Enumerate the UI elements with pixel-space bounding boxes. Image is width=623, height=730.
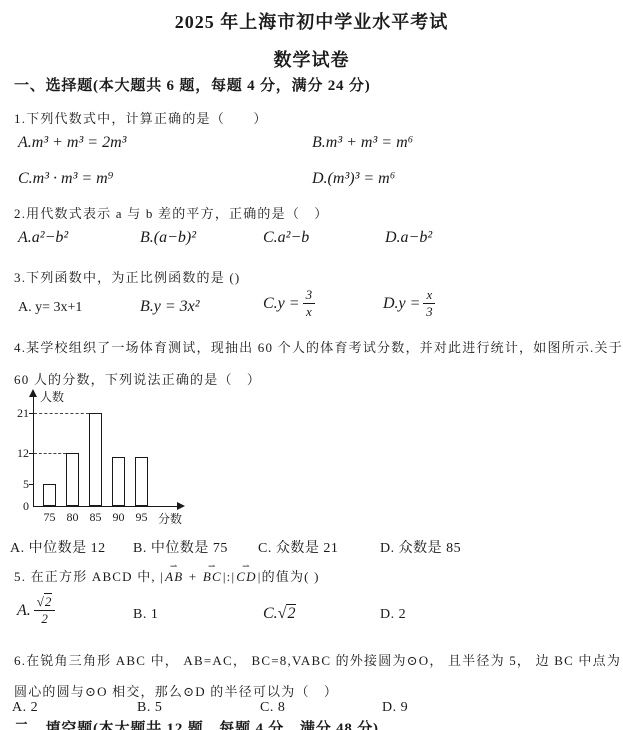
bar-chart: 人数 分数 7580859095051221 [8,391,208,531]
q5-option-b: B. 1 [133,607,158,623]
q2-option-c: C.a²−b [263,229,309,247]
vector-AB: AB [164,569,184,585]
q3-stem: 3.下列函数中，为正比例函数的是 () [14,267,240,286]
bar-90 [112,457,125,506]
q1-option-c: C.m³ · m³ = m⁹ [18,170,113,188]
exam-paper-page: 2025 年上海市初中学业水平考试 数学试卷 一、选择题(本大题共 6 题，每题… [0,0,623,730]
q1-stem: 1.下列代数式中，计算正确的是（ ） [14,108,268,127]
bar-75 [43,484,56,506]
q6-option-d: D. 9 [382,700,408,716]
y-tick-mark-12 [29,453,33,454]
q5-stem-post: |的值为( ) [258,569,320,584]
sqrt-expression: √2 [278,604,297,622]
q6-option-c: C. 8 [260,700,285,716]
fraction: √2 2 [34,595,56,627]
fraction-numerator: x [423,288,435,304]
q3-option-d: D.y = x 3 [383,288,435,320]
section-choice-heading: 一、选择题(本大题共 6 题，每题 4 分，满分 24 分) [14,74,371,95]
fraction-denominator: 2 [41,611,48,626]
q6-option-b: B. 5 [137,700,162,716]
y-tick-label-12: 12 [8,446,29,461]
section-fill-heading: 二、填空题(本大题共 12 题，每题 4 分，满分 48 分) [14,717,379,730]
radical-sign: √ [37,594,44,609]
y-tick-label-5: 5 [8,477,29,492]
q2-stem: 2.用代数式表示 a 与 b 差的平方，正确的是（ ） [14,203,328,222]
y-tick-mark-21 [29,413,33,414]
q4-option-d: D. 众数是 85 [380,537,461,557]
x-axis-arrow-icon [177,502,185,510]
q5-option-a-label: A. [17,602,31,620]
q2-option-d: D.a−b² [385,229,432,247]
q4-stem-line2: 60 人的分数，下列说法正确的是（ ） [14,369,261,388]
dashed-gridline-21 [34,413,89,414]
x-tick-label-75: 75 [39,510,60,525]
q3-option-c: C.y = 3 x [263,288,315,320]
radicand: 2 [44,593,53,609]
q4-option-b: B. 中位数是 75 [133,537,228,557]
sqrt-expression: √2 [37,593,53,609]
dashed-gridline-12 [34,453,66,454]
q5-option-c-label: C. [263,605,278,622]
x-tick-label-90: 90 [108,510,129,525]
y-axis-arrow-icon [29,389,37,397]
fraction-denominator: 3 [426,304,433,319]
fraction-numerator: √2 [34,595,56,611]
fraction-numerator: 3 [303,288,316,304]
fraction: x 3 [423,288,435,320]
q2-option-b: B.(a−b)² [140,229,196,247]
q5-separator: |:| [223,569,235,584]
q6-option-a: A. 2 [12,700,38,716]
q3-option-b: B.y = 3x² [140,298,200,316]
fraction-denominator: x [306,304,312,319]
q6-stem-line1: 6.在锐角三角形 ABC 中， AB=AC， BC=8,VABC 的外接圆为⊙O… [14,650,623,669]
radicand: 2 [286,604,296,622]
page-title: 2025 年上海市初中学业水平考试 [0,8,623,34]
bar-85 [89,413,102,506]
x-tick-label-80: 80 [62,510,83,525]
q5-option-a: A. √2 2 [17,595,55,627]
y-tick-mark-5 [29,484,33,485]
q5-plus: + [184,569,201,584]
q5-option-d: D. 2 [380,607,406,623]
bar-95 [135,457,148,506]
q1-option-a: A.m³ + m³ = 2m³ [18,134,126,152]
q3-option-a: A. y= 3x+1 [18,300,82,316]
bar-80 [66,453,79,506]
y-tick-label-21: 21 [8,406,29,421]
vector-CD: CD [235,569,257,585]
vector-BC: BC [202,569,223,585]
page-subtitle: 数学试卷 [0,46,623,72]
q4-option-a: A. 中位数是 12 [10,537,106,557]
q5-option-c: C.√2 [263,605,296,623]
fraction: 3 x [303,288,316,320]
q4-option-c: C. 众数是 21 [258,537,338,557]
q3-option-d-prefix: D.y = [383,295,420,313]
q6-stem-line2: 圆心的圆与⊙O 相交，那么⊙D 的半径可以为（ ） [14,681,338,700]
x-tick-label-85: 85 [85,510,106,525]
q4-stem-line1: 4.某学校组织了一场体育测试，现抽出 60 个人的体育考试分数，并对此进行统计，… [14,337,623,356]
y-tick-label-0: 0 [8,499,29,514]
q2-option-a: A.a²−b² [18,229,68,247]
y-axis-label: 人数 [40,388,64,405]
q5-stem: 5. 在正方形 ABCD 中, |AB + BC|:|CD|的值为( ) [14,566,320,585]
q5-stem-pre: 5. 在正方形 ABCD 中, | [14,569,164,584]
q3-option-c-prefix: C.y = [263,295,300,313]
q1-option-d: D.(m³)³ = m⁶ [312,170,395,188]
x-axis [33,506,179,507]
q1-option-b: B.m³ + m³ = m⁶ [312,134,413,152]
x-axis-label: 分数 [158,510,182,527]
x-tick-label-95: 95 [131,510,152,525]
